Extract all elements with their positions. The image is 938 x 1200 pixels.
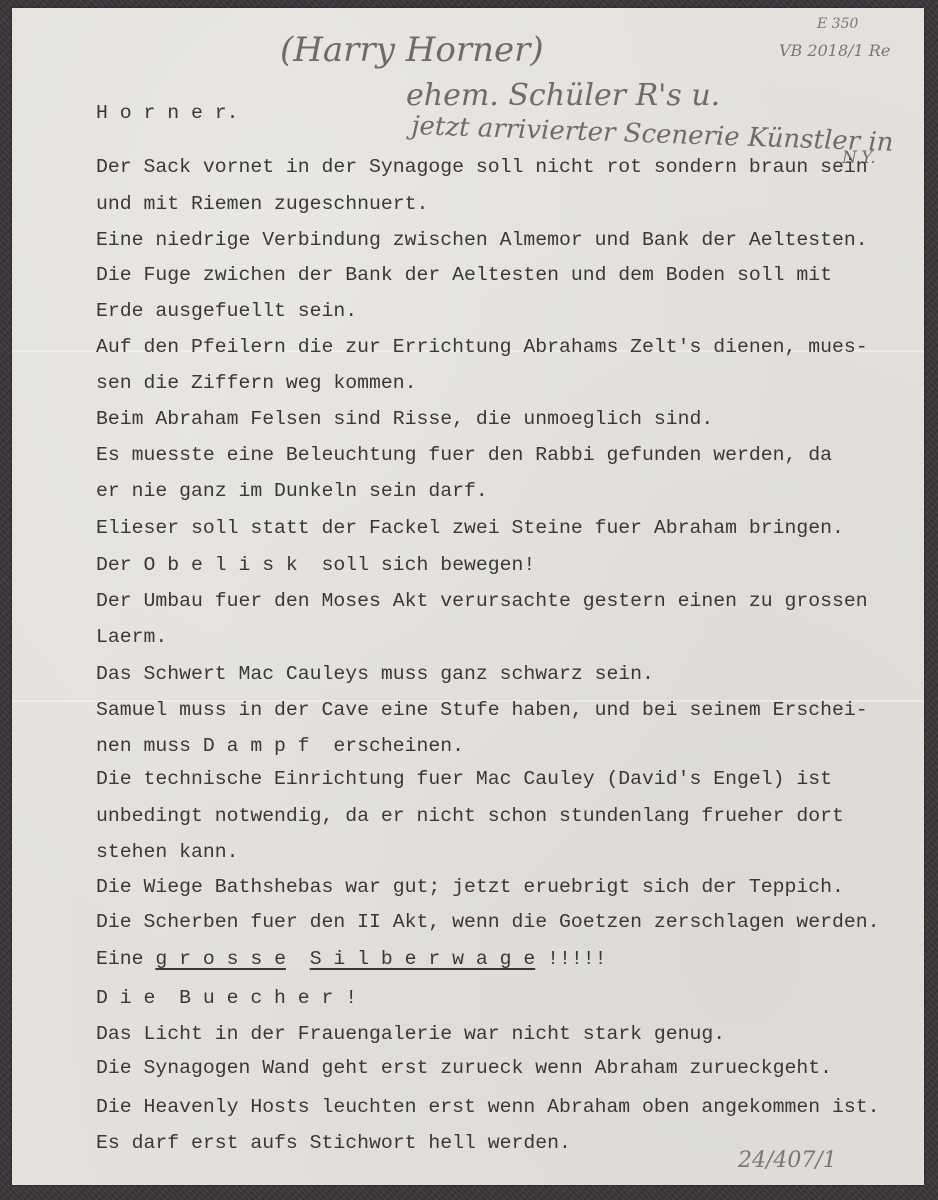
text-line: Das Licht in der Frauengalerie war nicht… (96, 1022, 725, 1046)
text-line: sen die Ziffern weg kommen. (96, 371, 417, 395)
archive-code: E 350 (817, 16, 858, 32)
text-line: D i e B u e c h e r ! (96, 986, 357, 1010)
text-line: Die Wiege Bathshebas war gut; jetzt erue… (96, 875, 844, 899)
text-line: Die Fuge zwichen der Bank der Aeltesten … (96, 263, 832, 287)
silberwage-line: Eine g r o s s e S i l b e r w a g e !!!… (96, 947, 606, 971)
text-line: Die Heavenly Hosts leuchten erst wenn Ab… (96, 1095, 879, 1119)
archive-reference: VB 2018/1 Re (779, 41, 890, 60)
handwritten-note-line: ehem. Schüler R's u. (406, 78, 720, 113)
text-line: er nie ganz im Dunkeln sein darf. (96, 479, 488, 503)
text-line: Die Synagogen Wand geht erst zurueck wen… (96, 1056, 832, 1080)
text-line: nen muss D a m p f erscheinen. (96, 734, 464, 758)
text-line: Es muesste eine Beleuchtung fuer den Rab… (96, 443, 832, 467)
text-fragment: Eine (96, 948, 155, 970)
text-fragment (286, 948, 310, 970)
text-line: unbedingt notwendig, da er nicht schon s… (96, 804, 844, 828)
underlined-word: g r o s s e (155, 948, 286, 970)
text-line: Eine niedrige Verbindung zwischen Almemo… (96, 228, 868, 252)
text-line: stehen kann. (96, 840, 238, 864)
text-line: Das Schwert Mac Cauleys muss ganz schwar… (96, 662, 654, 686)
document-page: (Harry Horner) ehem. Schüler R's u. jetz… (12, 8, 924, 1185)
text-fragment: !!!!! (535, 948, 606, 970)
archive-number: 24/407/1 (738, 1148, 837, 1173)
text-line: Der Sack vornet in der Synagoge soll nic… (96, 155, 868, 179)
text-line: Beim Abraham Felsen sind Risse, die unmo… (96, 407, 713, 431)
text-line: Laerm. (96, 625, 167, 649)
text-line: Der Umbau fuer den Moses Akt verursachte… (96, 589, 868, 613)
text-line: Samuel muss in der Cave eine Stufe haben… (96, 698, 868, 722)
text-line: Erde ausgefuellt sein. (96, 299, 357, 323)
handwritten-note-line: jetzt arrivierter Scenerie Künstler in (411, 111, 894, 158)
text-line: Auf den Pfeilern die zur Errichtung Abra… (96, 335, 868, 359)
underlined-word: S i l b e r w a g e (310, 948, 536, 970)
handwritten-name-annotation: (Harry Horner) (280, 30, 544, 70)
text-line: Es darf erst aufs Stichwort hell werden. (96, 1131, 571, 1155)
text-line: Die technische Einrichtung fuer Mac Caul… (96, 767, 832, 791)
text-line: Die Scherben fuer den II Akt, wenn die G… (96, 910, 879, 934)
page-title: H o r n e r. (96, 101, 238, 125)
text-line: und mit Riemen zugeschnuert. (96, 192, 428, 216)
text-line: Der O b e l i s k soll sich bewegen! (96, 553, 535, 577)
text-line: Elieser soll statt der Fackel zwei Stein… (96, 516, 844, 540)
